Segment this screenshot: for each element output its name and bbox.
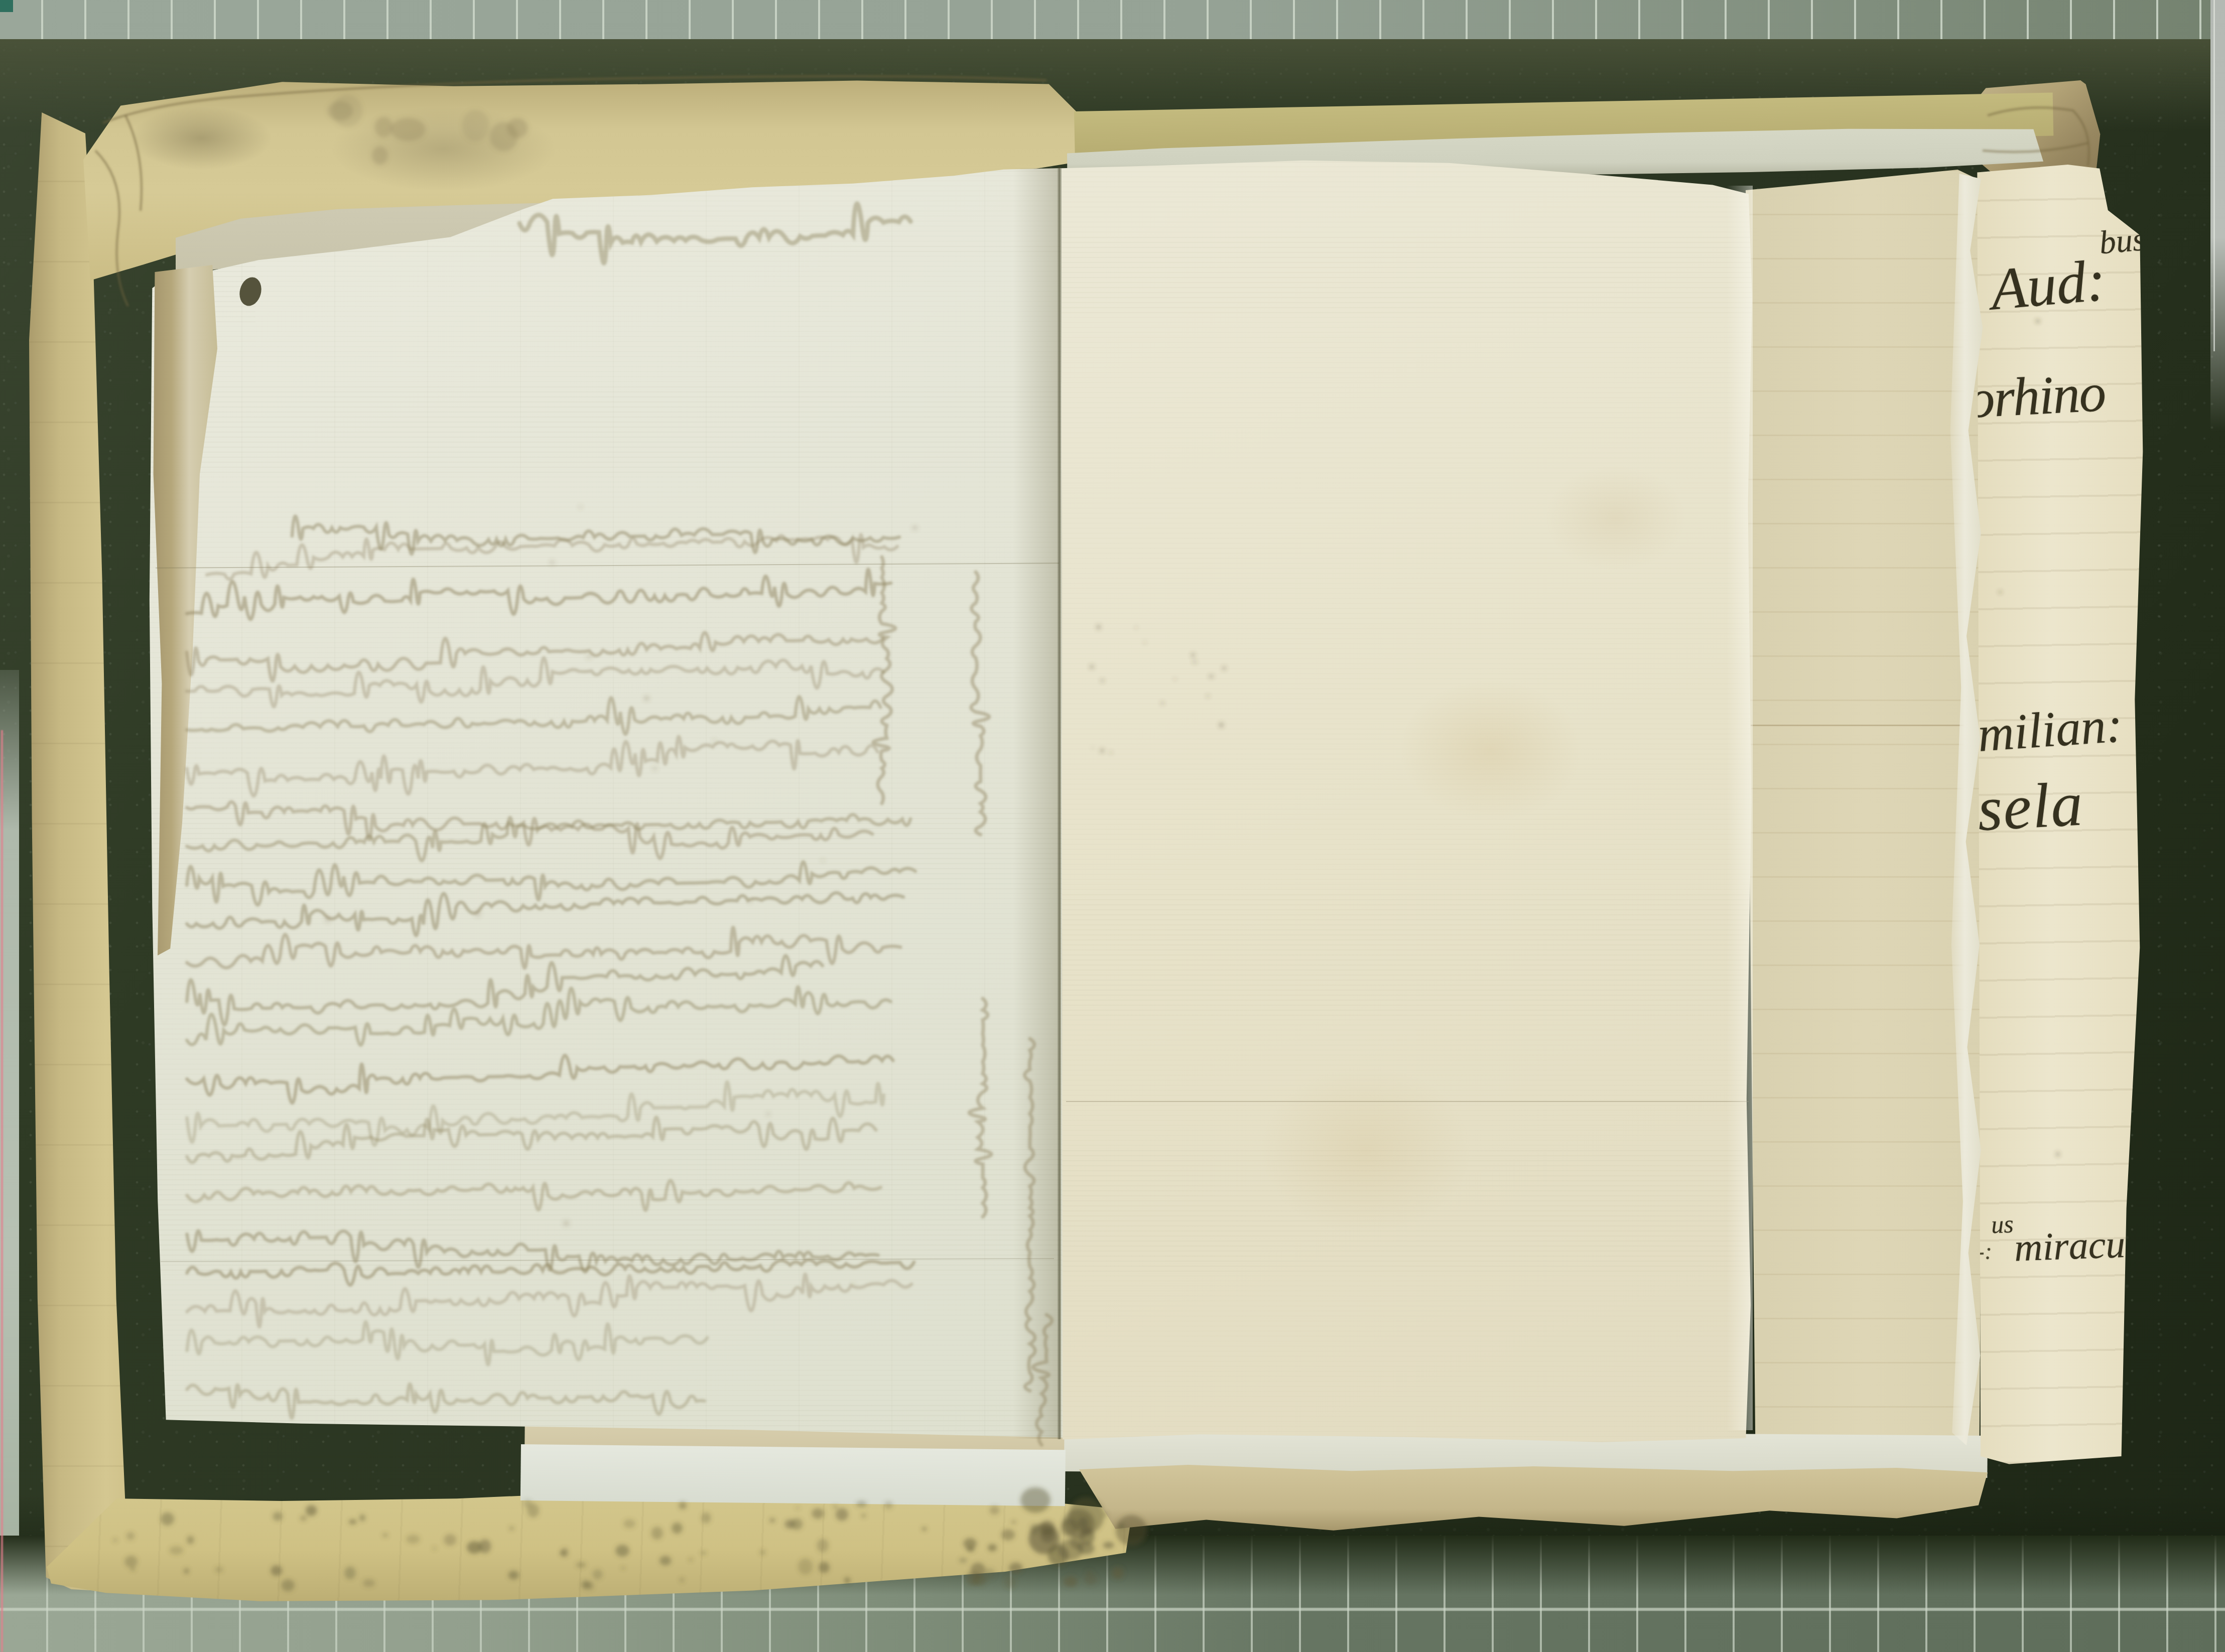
ink-fragment-milian-text: milian: (1976, 697, 2124, 762)
ink-fragment-sela: sela (1976, 768, 2085, 846)
bifolium-left-leaf (149, 166, 1063, 1443)
right-leaf-crease (1066, 1101, 1749, 1102)
page-stack-crease (1751, 725, 1978, 726)
ink-fragment-milian: milian: (1976, 696, 2124, 763)
gutter-fold-line (1057, 167, 1062, 1439)
ink-fragment-orhino-text: orhino (1976, 363, 2107, 430)
ink-fragment-miraculo-text: miraculo (2014, 1221, 2143, 1270)
mat-right-grid-line (2213, 0, 2215, 351)
ink-fragment-sela-text: sela (1976, 769, 2085, 845)
cutting-mat-right-sliver (2210, 0, 2225, 432)
ink-fragment-aud: Aud:bus (1988, 242, 2143, 324)
bifolium-bottom-edge-white (520, 1444, 1066, 1506)
bifolium-right-leaf (1061, 157, 1754, 1447)
ink-fragment-miraculo-superscript: us (1991, 1210, 2014, 1239)
mat-accent-line (1, 730, 3, 1652)
ink-fragment-orhino: orhino (1976, 362, 2107, 431)
ink-fragment-aud-text: Aud: (1988, 247, 2109, 322)
cutting-mat-top-strip (0, 0, 2225, 39)
mat-corner-chip (0, 0, 13, 12)
fragment-page: Aud:bus orhino milian: sela -:usmiraculo (1976, 165, 2143, 1469)
photograph-canvas: Aud:bus orhino milian: sela -:usmiraculo (0, 0, 2225, 1652)
page-stack-right-band (1746, 170, 1987, 1458)
right-leaf-edge-highlight (1727, 186, 1753, 1430)
gutter-shadow (1013, 168, 1061, 1439)
ink-fragment-miraculo: -:usmiraculo (1976, 1219, 2143, 1272)
